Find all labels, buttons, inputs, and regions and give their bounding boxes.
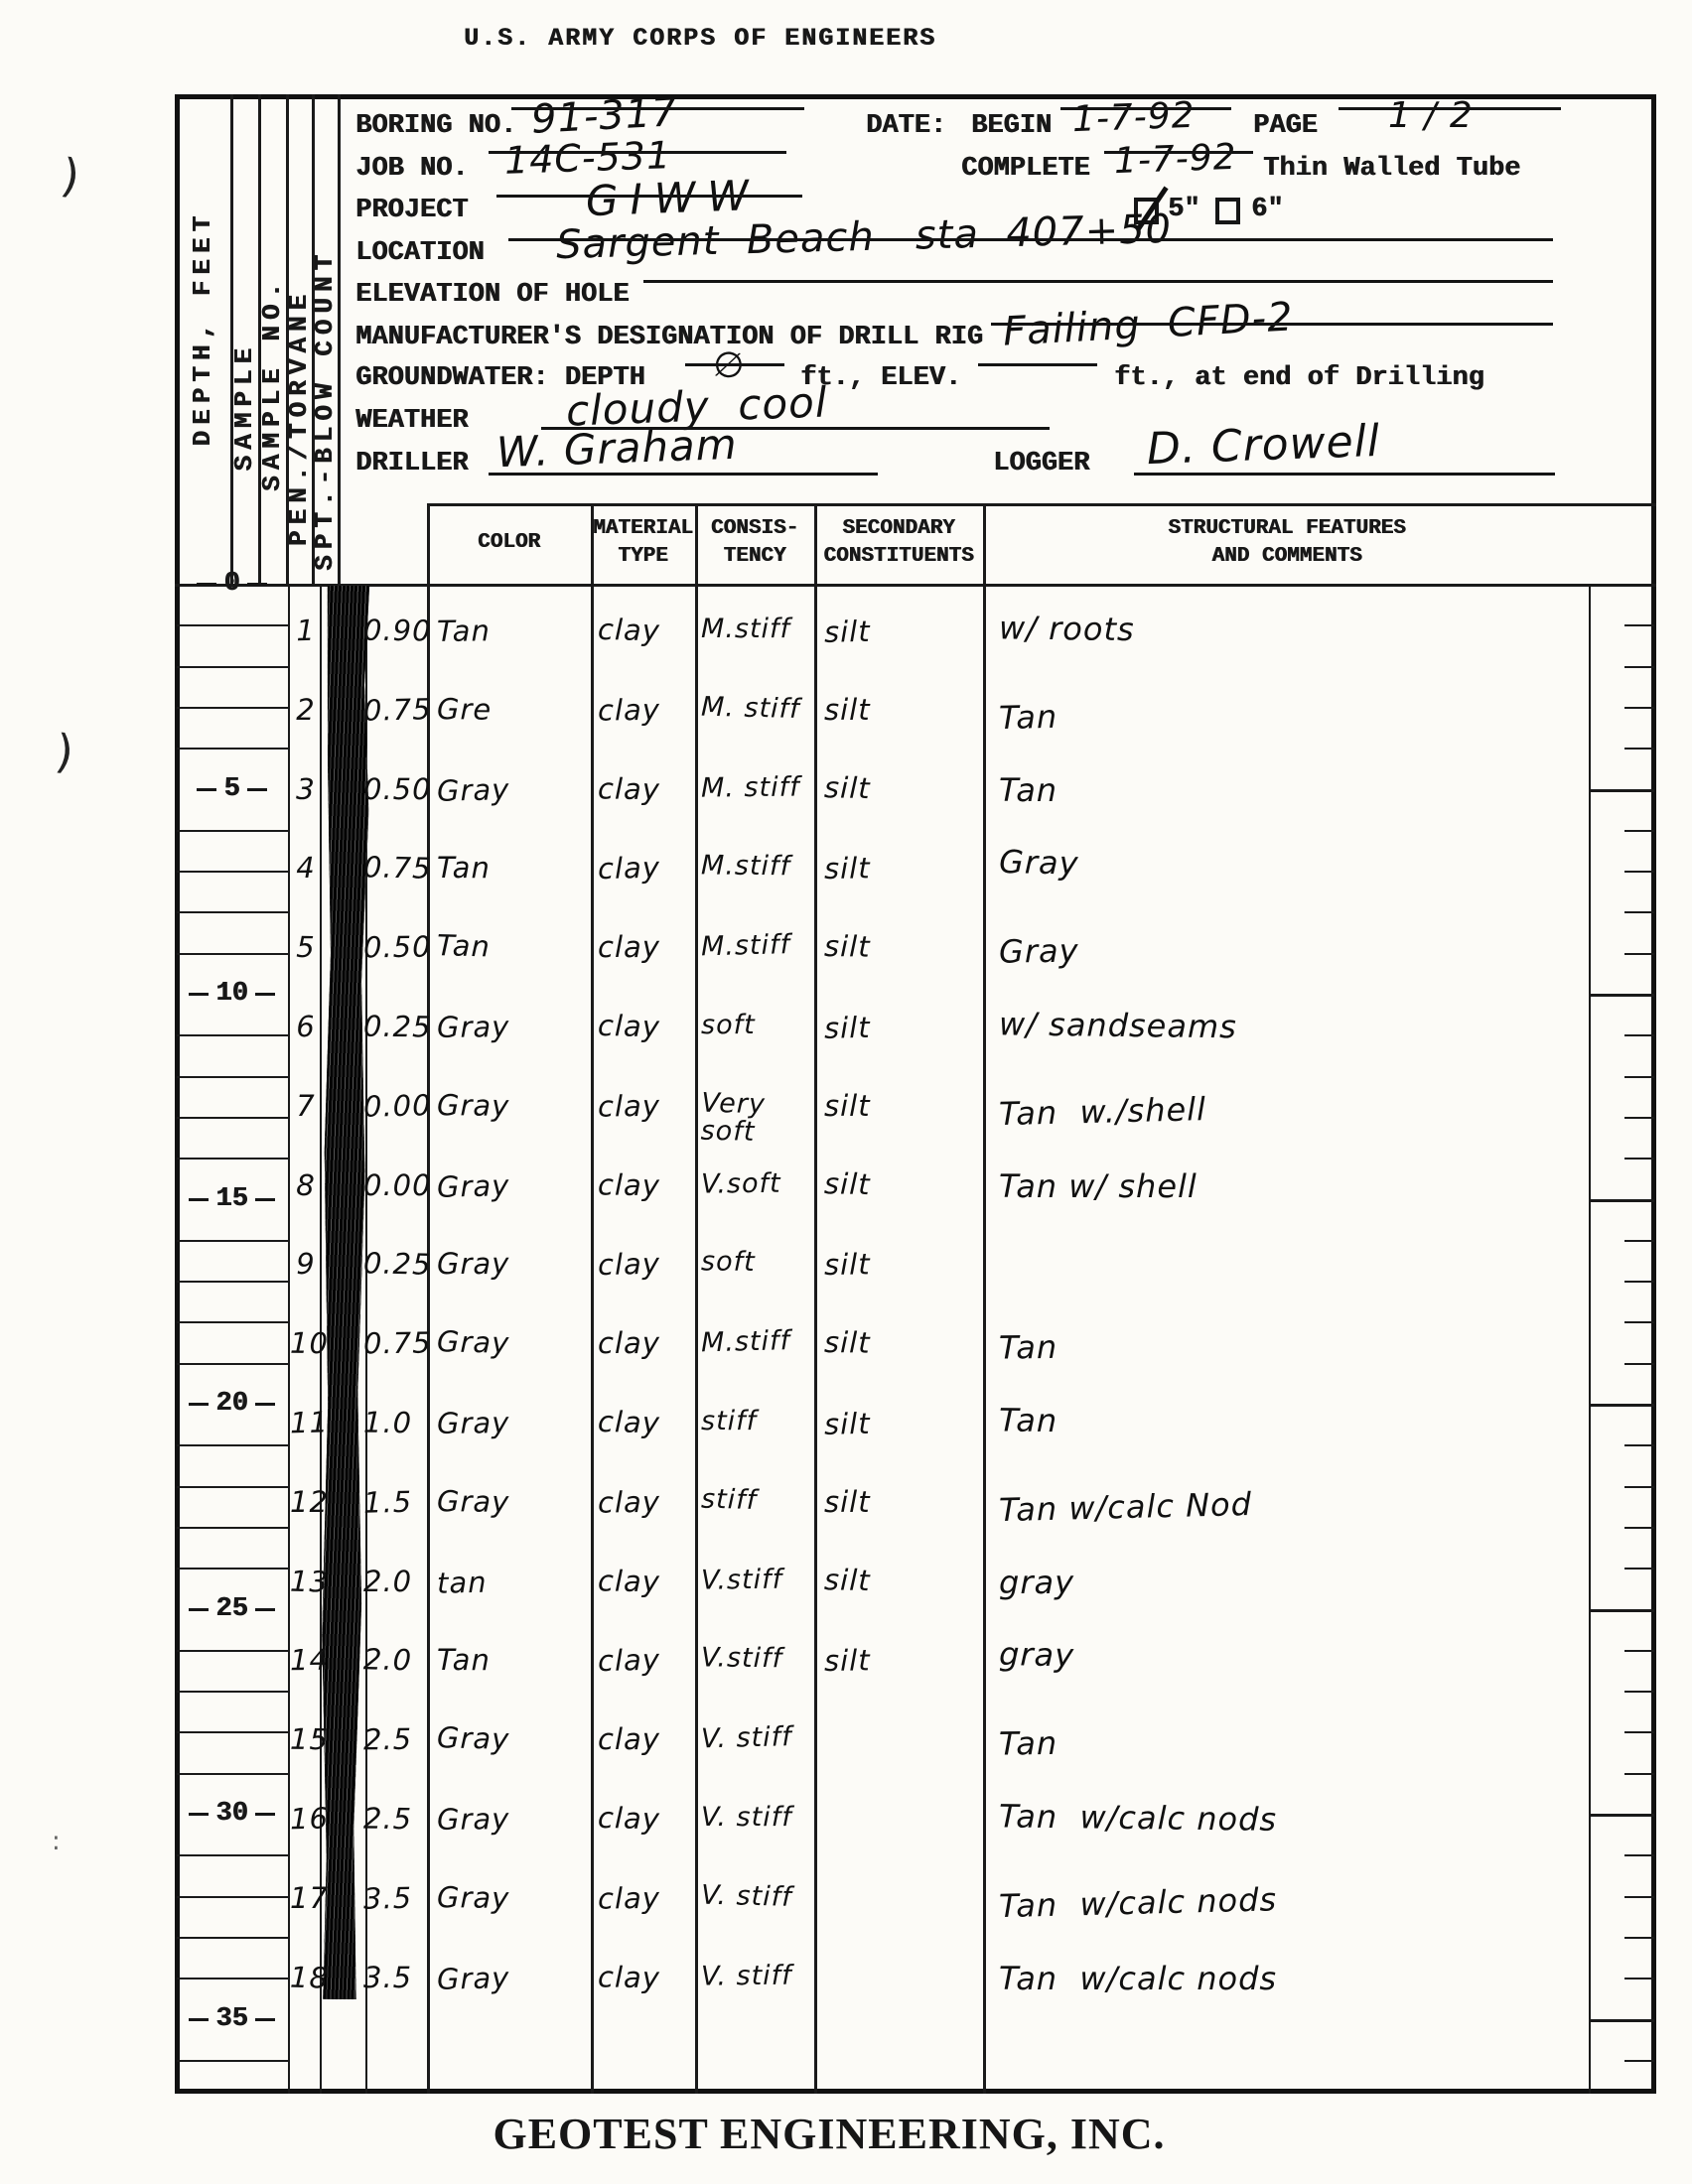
boring-no-label: BORING NO. [355, 111, 516, 141]
cell-sample-no: 15 [290, 1724, 322, 1755]
cell-color: Tan [437, 853, 586, 883]
cell-secondary: silt [824, 1327, 981, 1359]
ruler-foot-tick [1624, 2060, 1654, 2062]
cell-sample-no: 13 [290, 1567, 323, 1597]
tick-dash [189, 1198, 209, 1201]
tick-dash [255, 993, 275, 996]
cell-sample-no: 1 [290, 615, 323, 646]
cell-pen-torvane: 0.25 [363, 1248, 430, 1280]
cell-material: clay [598, 614, 694, 647]
elevation-label: ELEVATION OF HOLE [355, 280, 629, 310]
tick-dash [189, 1403, 209, 1406]
cell-comments: Tan [999, 1324, 1583, 1365]
cell-consistency: soft [701, 1012, 812, 1039]
ruler-foot-tick [1624, 1978, 1654, 1979]
complete-line [1104, 151, 1253, 154]
depth-foot-line [177, 1896, 288, 1898]
cell-sample-no: 16 [290, 1804, 323, 1835]
cell-consistency: V. stiff [701, 1962, 812, 1991]
depth-tick-label: 30 [177, 1798, 287, 1830]
ruler-foot-tick [1624, 830, 1654, 832]
ruler-foot-tick [1624, 748, 1654, 750]
ruler-foot-tick [1624, 1937, 1654, 1939]
groundwater-depth-line [685, 363, 784, 366]
cell-consistency: V.soft [701, 1169, 812, 1199]
ruler-foot-tick [1624, 1650, 1654, 1652]
depth-foot-line [177, 1978, 288, 1979]
ruler-foot-tick [1624, 1281, 1654, 1283]
depth-foot-line [177, 1240, 288, 1242]
tick-dash [197, 788, 216, 791]
weather-label: WEATHER [355, 406, 468, 436]
driller-label: DRILLER [355, 449, 468, 478]
cell-consistency: M.stiff [701, 931, 813, 962]
depth-tick-label: 5 [177, 773, 287, 805]
cell-sample-no: 9 [290, 1249, 322, 1280]
date-begin-value: 1-7-92 [1071, 97, 1196, 139]
cell-pen-torvane: 2.0 [363, 1644, 430, 1676]
depth-tick-value: 25 [215, 1594, 247, 1624]
depth-tick-value: 10 [215, 979, 247, 1009]
depth-foot-line [177, 1486, 288, 1488]
depth-foot-line [177, 830, 288, 832]
depth-foot-line [177, 911, 288, 913]
cell-material: clay [598, 1566, 693, 1597]
cell-consistency: Very soft [700, 1090, 812, 1149]
cell-consistency: V. stiff [701, 1882, 813, 1913]
ruler-5ft-line [1589, 2019, 1654, 2022]
cell-material: clay [598, 1090, 693, 1122]
boring-no-line [511, 107, 804, 110]
cell-color: Gray [437, 1407, 586, 1438]
cell-consistency: M. stiff [701, 773, 812, 803]
groundwater-end-label: ft., at end of Drilling [1114, 363, 1484, 393]
tick-dash [189, 1813, 209, 1816]
cell-color: Gray [437, 1803, 586, 1835]
cell-material: clay [598, 1803, 694, 1836]
ruler-foot-tick [1624, 1363, 1654, 1365]
cell-color: Gray [437, 1168, 587, 1202]
ruler-foot-tick [1624, 624, 1654, 626]
cell-sample-no: 8 [290, 1170, 323, 1201]
tick-dash [247, 583, 267, 586]
cell-secondary: silt [824, 695, 981, 725]
depth-tick-label: 15 [177, 1183, 287, 1215]
cell-color: Tan [437, 1645, 586, 1675]
ruler-foot-tick [1624, 1854, 1654, 1856]
cell-secondary: silt [824, 1091, 981, 1121]
scanned-boring-log-page: U.S. ARMY CORPS OF ENGINEERS DEPTH, FEET… [0, 0, 1692, 2184]
ruler-foot-tick [1624, 1034, 1654, 1036]
tick-dash [189, 2018, 209, 2021]
depth-foot-line [177, 1527, 288, 1529]
ruler-5ft-line [1589, 789, 1654, 792]
cell-sample-no: 6 [290, 1012, 323, 1042]
cell-sample-no: 12 [290, 1487, 322, 1517]
cell-sample-no: 5 [290, 932, 322, 963]
column-label-sample: SAMPLE [230, 109, 258, 526]
cell-consistency: M.stiff [701, 615, 812, 643]
cell-pen-torvane: 3.5 [363, 1882, 430, 1914]
depth-foot-line [177, 1034, 288, 1036]
cell-comments: w/ sandseams [999, 1008, 1583, 1048]
ruler-foot-tick [1624, 1158, 1654, 1160]
ruler-foot-tick [1624, 1731, 1654, 1733]
cell-material: clay [598, 694, 693, 726]
ruler-foot-tick [1624, 1896, 1654, 1898]
cell-secondary: silt [824, 1644, 981, 1676]
page-line [1339, 107, 1561, 110]
depth-foot-line [177, 1076, 288, 1078]
scan-artifact: ) [58, 148, 82, 204]
cell-sample-no: 14 [290, 1645, 322, 1676]
depth-foot-line [177, 2060, 288, 2062]
cell-sample-no: 18 [290, 1963, 323, 1993]
band-top-line [427, 503, 1656, 506]
tube-5in-label: 5" [1168, 195, 1199, 224]
depth-foot-line [177, 1937, 288, 1939]
cell-comments: Gray [999, 928, 1583, 969]
cell-consistency: V.stiff [701, 1644, 812, 1674]
depth-foot-line [177, 871, 288, 873]
ruler-foot-tick [1624, 1444, 1654, 1446]
ruler-foot-tick [1624, 1076, 1654, 1078]
ruler-foot-tick [1624, 1691, 1654, 1693]
ruler-foot-tick [1624, 953, 1654, 955]
depth-foot-line [177, 1731, 288, 1733]
column-label-depth-feet: DEPTH, FEET [175, 109, 230, 506]
driller-value: W. Graham [495, 423, 738, 476]
cell-secondary: silt [824, 1565, 982, 1598]
table-line-material-consistency [695, 503, 698, 2094]
cell-pen-torvane: 2.0 [363, 1567, 429, 1596]
groundwater-elev-line [978, 363, 1097, 366]
project-line [496, 195, 802, 198]
ruler-5ft-line [1589, 994, 1654, 997]
depth-foot-line [177, 1691, 288, 1693]
depth-tick-value: 20 [215, 1389, 247, 1419]
location-line [508, 238, 1553, 241]
depth-foot-line [177, 1117, 288, 1119]
depth-tick-label: 25 [177, 1593, 287, 1625]
cell-sample-no: 4 [290, 853, 322, 884]
cell-secondary: silt [824, 1487, 981, 1517]
cell-color: Tan [437, 614, 586, 646]
tube-6in-checkbox [1215, 198, 1240, 224]
depth-foot-line [177, 1321, 288, 1323]
column-label-spt-blow-count: SPT.-BLOW COUNT [312, 109, 338, 576]
cell-material: clay [598, 773, 693, 805]
cell-comments: Tan w/ shell [999, 1170, 1583, 1204]
header-material-type: MATERIAL TYPE [591, 508, 695, 578]
thin-walled-tube-label: Thin Walled Tube [1263, 154, 1520, 184]
depth-foot-line [177, 748, 288, 750]
depth-foot-line [177, 1281, 288, 1283]
depth-foot-line [177, 953, 288, 955]
cell-color: Gray [437, 1090, 586, 1122]
ruler-foot-tick [1624, 666, 1654, 668]
cell-consistency: stiff [701, 1408, 812, 1435]
depth-tick-value: 35 [215, 2004, 247, 2034]
depth-tick-label: 10 [177, 978, 287, 1010]
cell-comments: Tan [999, 1720, 1583, 1761]
ruler-5ft-line [1589, 1814, 1654, 1817]
table-line-color-left [427, 503, 430, 2094]
cell-comments: Tan [999, 1404, 1583, 1444]
cell-material: clay [598, 1407, 694, 1439]
cell-consistency: soft [701, 1248, 812, 1278]
tube-6in-label: 6" [1251, 195, 1283, 224]
depth-foot-line [177, 1854, 288, 1856]
date-label: DATE: [866, 111, 946, 141]
cell-secondary: silt [824, 772, 982, 806]
cell-pen-torvane: 0.50 [363, 774, 429, 804]
cell-pen-torvane: 0.75 [363, 694, 430, 726]
cell-pen-torvane: 0.00 [363, 1090, 430, 1122]
cell-color: Gray [437, 1961, 587, 1994]
ruler-foot-tick [1624, 1568, 1654, 1570]
header-structural-features: STRUCTURAL FEATURES AND COMMENTS [983, 508, 1591, 578]
cell-consistency: stiff [701, 1486, 813, 1517]
cell-material: clay [598, 1962, 693, 1993]
cell-consistency: V. stiff [701, 1804, 812, 1832]
project-label: PROJECT [355, 196, 468, 225]
cell-comments: Tan w/calc nods [999, 1800, 1583, 1841]
column-label-pen-torvane: PEN./TORVANE [286, 109, 312, 561]
scan-artifact: ) [53, 724, 75, 779]
depth-foot-line [177, 1444, 288, 1446]
drill-rig-label: MANUFACTURER'S DESIGNATION OF DRILL RIG [355, 323, 983, 352]
cell-pen-torvane: 0.00 [363, 1170, 429, 1200]
cell-color: Gray [437, 1011, 586, 1042]
cell-pen-torvane: 0.50 [363, 932, 429, 963]
tick-dash [255, 1813, 275, 1816]
depth-foot-line [177, 707, 288, 709]
cell-comments: gray [999, 1567, 1583, 1600]
cell-consistency: M.stiff [701, 1327, 813, 1358]
cell-pen-torvane: 0.75 [363, 1328, 429, 1359]
cell-color: Tan [437, 930, 587, 964]
column-label-sample-no: SAMPLE NO. [258, 109, 286, 536]
complete-label: COMPLETE [961, 154, 1090, 184]
cell-secondary: silt [824, 1010, 982, 1043]
depth-foot-line [177, 1158, 288, 1160]
depth-tick-value: 5 [223, 774, 239, 804]
ruler-foot-tick [1624, 1321, 1654, 1323]
table-line-color-material [591, 503, 594, 2094]
cell-color: Gre [437, 694, 586, 726]
cell-secondary: silt [824, 1168, 982, 1202]
date-begin-line [1060, 107, 1231, 110]
ruler-foot-tick [1624, 707, 1654, 709]
cell-consistency: V.stiff [701, 1566, 812, 1595]
tick-dash [255, 1608, 275, 1611]
tick-dash [255, 2018, 275, 2021]
tick-dash [197, 583, 216, 586]
ruler-foot-tick [1624, 1486, 1654, 1488]
cell-material: clay [598, 1724, 693, 1754]
cell-material: clay [598, 1882, 693, 1914]
cell-color: Gray [437, 1882, 586, 1914]
logger-value: D. Crowell [1146, 419, 1381, 473]
job-no-line [489, 151, 786, 154]
cell-sample-no: 7 [290, 1091, 322, 1121]
depth-tick-label: 35 [177, 2003, 287, 2035]
cell-material: clay [598, 1169, 693, 1201]
cell-consistency: M.stiff [701, 852, 812, 882]
tick-dash [189, 993, 209, 996]
cell-secondary: silt [824, 931, 981, 963]
cell-pen-torvane: 3.5 [363, 1963, 429, 1992]
cell-color: Gray [437, 1326, 587, 1360]
ruler-5ft-line [1589, 1404, 1654, 1407]
elevation-line [643, 280, 1553, 283]
cell-comments: Tan [999, 774, 1583, 808]
drill-rig-line [991, 323, 1553, 326]
ruler-5ft-line [1589, 1609, 1654, 1612]
tick-dash [255, 1198, 275, 1201]
zero-depth-line [175, 584, 1656, 587]
cell-pen-torvane: 2.5 [363, 1724, 429, 1755]
cell-sample-no: 2 [290, 695, 322, 725]
depth-tick-value: 0 [223, 569, 239, 599]
ruler-5ft-line [1589, 1199, 1654, 1202]
cell-material: clay [598, 1011, 694, 1043]
depth-foot-line [177, 1363, 288, 1365]
driller-line [489, 473, 878, 476]
cell-sample-no: 3 [290, 774, 323, 805]
company-footer: GEOTEST ENGINEERING, INC. [372, 2109, 1286, 2159]
page-title: U.S. ARMY CORPS OF ENGINEERS [417, 24, 983, 53]
cell-secondary: silt [824, 614, 982, 647]
page-label: PAGE [1253, 111, 1318, 141]
cell-sample-no: 11 [290, 1408, 323, 1438]
depth-tick-value: 15 [215, 1184, 247, 1214]
table-line-secondary-structural [983, 503, 986, 2094]
cell-material: clay [598, 932, 693, 962]
cell-material: clay [598, 1328, 693, 1358]
cell-sample-no: 10 [290, 1328, 322, 1359]
cell-comments: Tan w/calc nods [999, 1963, 1583, 1996]
ruler-foot-tick [1624, 911, 1654, 913]
ruler-foot-tick [1624, 1773, 1654, 1775]
cell-material: clay [598, 1644, 694, 1677]
scan-artifact: : [52, 1827, 61, 1856]
cell-pen-torvane: 2.5 [363, 1804, 429, 1835]
logger-line [1134, 473, 1555, 476]
cell-pen-torvane: 0.25 [363, 1012, 429, 1042]
page-value: 1 / 2 [1388, 97, 1474, 135]
cell-pen-torvane: 1.0 [363, 1408, 429, 1438]
ruler-left-line [1589, 584, 1591, 2094]
ruler-foot-tick [1624, 1240, 1654, 1242]
cell-color: tan [437, 1565, 587, 1598]
ruler-foot-tick [1624, 1527, 1654, 1529]
depth-foot-line [177, 1650, 288, 1652]
cell-sample-no: 17 [290, 1883, 322, 1913]
depth-foot-line [177, 1568, 288, 1570]
cell-secondary: silt [824, 852, 981, 884]
table-line-consistency-secondary [814, 503, 817, 2094]
cell-pen-torvane: 1.5 [363, 1486, 430, 1518]
depth-tick-value: 30 [215, 1799, 247, 1829]
cell-consistency: M. stiff [701, 694, 813, 725]
cell-color: Gray [437, 1722, 587, 1756]
cell-color: Gray [437, 772, 587, 806]
tick-dash [255, 1403, 275, 1406]
ruler-foot-tick [1624, 871, 1654, 873]
cell-color: Gray [437, 1486, 586, 1518]
tick-dash [189, 1608, 209, 1611]
header-secondary-constituents: SECONDARY CONSTITUENTS [814, 508, 983, 578]
depth-foot-line [177, 666, 288, 668]
cell-material: clay [598, 1486, 693, 1518]
cell-comments: w/ roots [999, 612, 1583, 652]
cell-material: clay [598, 852, 694, 885]
header-color: COLOR [427, 508, 591, 578]
ruler-foot-tick [1624, 1117, 1654, 1119]
depth-foot-line [177, 1773, 288, 1775]
cell-pen-torvane: 0.75 [363, 852, 430, 884]
depth-tick-label: 20 [177, 1388, 287, 1420]
date-begin-label: BEGIN [971, 111, 1052, 141]
logger-label: LOGGER [993, 449, 1089, 478]
cell-secondary: silt [824, 1406, 982, 1439]
cell-consistency: V. stiff [701, 1723, 813, 1754]
cell-material: clay [598, 1248, 694, 1281]
depth-foot-line [177, 624, 288, 626]
job-no-label: JOB NO. [355, 154, 468, 184]
header-consistency: CONSIS- TENCY [695, 508, 814, 578]
cell-pen-torvane: 0.90 [363, 615, 429, 646]
cell-color: Gray [437, 1249, 586, 1279]
tick-dash [247, 788, 267, 791]
cell-secondary: silt [824, 1248, 981, 1280]
complete-value: 1-7-92 [1113, 139, 1237, 181]
project-value: GIWW [585, 174, 761, 223]
depth-tick-label: 0 [177, 568, 287, 600]
location-label: LOCATION [355, 238, 485, 268]
